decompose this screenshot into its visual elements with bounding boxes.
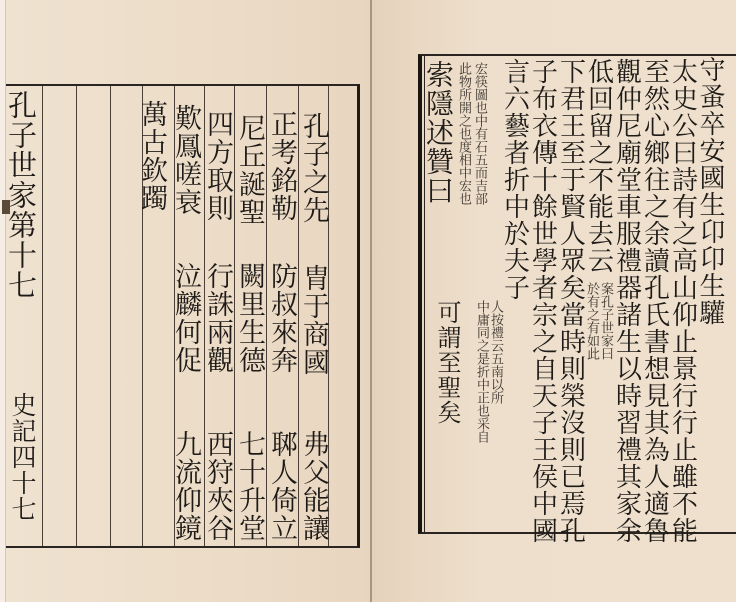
verse-2: 正考銘勒 <box>266 110 296 222</box>
annotation-column-2: 此物所開之也度相中宏也 <box>456 62 470 205</box>
verse-5: 歎鳳嗟衰 <box>170 104 200 216</box>
verse-1: 孔子之先 <box>298 112 328 224</box>
inline-note-4: 中庸同之是折中正也采自 <box>474 300 488 443</box>
text-column-1: 守蚤卒安國生卬卬生驩 <box>696 56 723 326</box>
text-column-6: 下君王至于賢人眾矣當時則榮沒則已焉孔 <box>558 58 583 544</box>
verse-8: 防叔來奔 <box>266 262 296 374</box>
verse-4: 四方取則 <box>202 110 232 222</box>
verse-16: 九流仰鏡 <box>170 430 200 542</box>
inline-note-1: 案孔子世家曰 <box>598 282 612 360</box>
page-tab-mark <box>2 200 10 214</box>
left-page: 孔子世家第十七 史記四十七 孔子之先 正考銘勒 尼丘誕聖 四方取則 歎鳳嗟衰 萬… <box>0 0 372 602</box>
verse-12: 弗父能讓 <box>298 430 328 542</box>
text-column-5: 低回留之不能去云 <box>586 58 611 274</box>
inline-note-3: 人按禮云五南以所 <box>488 300 502 404</box>
verse-14: 七十升堂 <box>234 430 264 542</box>
text-column-4: 觀仲尼廟堂車服禮器諸生以時習禮其家余 <box>614 58 639 544</box>
verse-15: 西狩夾谷 <box>202 430 232 542</box>
inline-note-2: 於有之有如此 <box>584 282 598 360</box>
volume-label: 史記四十七 <box>8 392 36 522</box>
column-rule <box>76 86 77 546</box>
chapter-title: 孔子世家第十七 <box>6 90 36 300</box>
column-rule <box>110 86 111 546</box>
verse-11: 泣麟何促 <box>170 262 200 374</box>
verse-6: 萬古欽躅 <box>136 100 166 212</box>
verse-9: 闕里生德 <box>234 262 264 374</box>
suoyin-heading: 索隱述贊曰 <box>424 60 452 205</box>
column-rule <box>42 86 43 546</box>
final-line: 可謂至聖矣 <box>434 300 459 425</box>
right-page: 守蚤卒安國生卬卬生驩 太史公曰詩有之高山仰止景行行止雖不能 至然心鄉往之余讀孔氏… <box>372 0 736 602</box>
verse-10: 行誅兩觀 <box>202 262 232 374</box>
text-column-7: 子布衣傳十餘世學者宗之自天子王侯中國 <box>530 58 555 544</box>
text-column-3: 至然心鄉往之余讀孔氏書想見其為人適魯 <box>642 58 667 544</box>
verse-7: 胄于商國 <box>298 264 328 376</box>
text-column-2: 太史公曰詩有之高山仰止景行行止雖不能 <box>670 58 695 544</box>
annotation-column-1: 宏筷圖也中有石五而吉部 <box>472 62 486 205</box>
text-column-8: 言六藝者折中於夫子 <box>502 58 527 301</box>
verse-13: 郰人倚立 <box>266 430 296 542</box>
verse-3: 尼丘誕聖 <box>234 114 264 226</box>
